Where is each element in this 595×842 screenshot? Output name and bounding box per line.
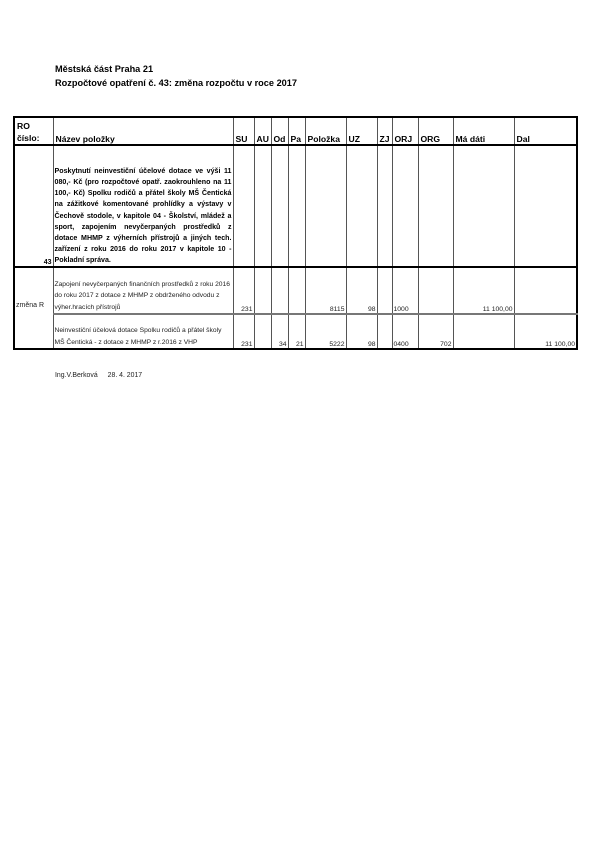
cell-org: 702 xyxy=(418,314,453,349)
row-description: Zapojení nevyčerpaných finančních prostř… xyxy=(53,267,233,314)
cell-au xyxy=(254,314,271,349)
header-uz: UZ xyxy=(346,117,377,145)
cell-su: 231 xyxy=(233,267,254,314)
summary-row: 43 Poskytnutí neinvestiční účelové dotac… xyxy=(14,145,577,267)
change-group-label: změna R xyxy=(14,267,53,349)
header-su: SU xyxy=(233,117,254,145)
cell-org xyxy=(418,267,453,314)
header-zj: ZJ xyxy=(377,117,392,145)
empty-cell xyxy=(453,145,514,267)
cell-orj: 1000 xyxy=(392,267,418,314)
cell-dal xyxy=(514,267,577,314)
header-dal: Dal xyxy=(514,117,577,145)
header-orj: ORJ xyxy=(392,117,418,145)
empty-cell xyxy=(305,145,346,267)
header-ma-dati: Má dáti xyxy=(453,117,514,145)
cell-od: 34 xyxy=(271,314,288,349)
cell-orj: 0400 xyxy=(392,314,418,349)
cell-od xyxy=(271,267,288,314)
cell-polozka: 5222 xyxy=(305,314,346,349)
empty-cell xyxy=(377,145,392,267)
empty-cell xyxy=(392,145,418,267)
table-row: Neinvestiční účelová dotace Spolku rodič… xyxy=(14,314,577,349)
header-au: AU xyxy=(254,117,271,145)
empty-cell xyxy=(288,145,305,267)
empty-cell xyxy=(254,145,271,267)
cell-ma-dati: 11 100,00 xyxy=(453,267,514,314)
cell-ma-dati xyxy=(453,314,514,349)
cell-pa xyxy=(288,267,305,314)
ro-number: 43 xyxy=(14,145,53,267)
cell-zj xyxy=(377,314,392,349)
header-pa: Pa xyxy=(288,117,305,145)
empty-cell xyxy=(346,145,377,267)
signature-line: Ing.V.Berková28. 4. 2017 xyxy=(55,372,142,379)
header-od: Od xyxy=(271,117,288,145)
cell-dal: 11 100,00 xyxy=(514,314,577,349)
cell-zj xyxy=(377,267,392,314)
summary-description: Poskytnutí neinvestiční účelové dotace v… xyxy=(53,145,233,267)
header-ro-line1: RO xyxy=(17,121,30,131)
budget-measure-table: ROčíslo: Název položky SU AU Od Pa Polož… xyxy=(13,116,578,350)
author-name: Ing.V.Berková xyxy=(55,372,98,379)
cell-uz: 98 xyxy=(346,267,377,314)
budget-measure-title: Rozpočtové opatření č. 43: změna rozpočt… xyxy=(55,78,297,88)
table-header-row: ROčíslo: Název položky SU AU Od Pa Polož… xyxy=(14,117,577,145)
empty-cell xyxy=(514,145,577,267)
signature-date: 28. 4. 2017 xyxy=(108,372,142,379)
empty-cell xyxy=(233,145,254,267)
cell-polozka: 8115 xyxy=(305,267,346,314)
cell-au xyxy=(254,267,271,314)
header-ro-line2: číslo: xyxy=(17,133,39,143)
municipality-title: Městská část Praha 21 xyxy=(55,64,153,74)
header-org: ORG xyxy=(418,117,453,145)
empty-cell xyxy=(418,145,453,267)
cell-uz: 98 xyxy=(346,314,377,349)
empty-cell xyxy=(271,145,288,267)
header-nazev: Název položky xyxy=(53,117,233,145)
header-ro-cislo: ROčíslo: xyxy=(14,117,53,145)
table-row: změna R Zapojení nevyčerpaných finančníc… xyxy=(14,267,577,314)
cell-su: 231 xyxy=(233,314,254,349)
row-description: Neinvestiční účelová dotace Spolku rodič… xyxy=(53,314,233,349)
header-polozka: Položka xyxy=(305,117,346,145)
cell-pa: 21 xyxy=(288,314,305,349)
